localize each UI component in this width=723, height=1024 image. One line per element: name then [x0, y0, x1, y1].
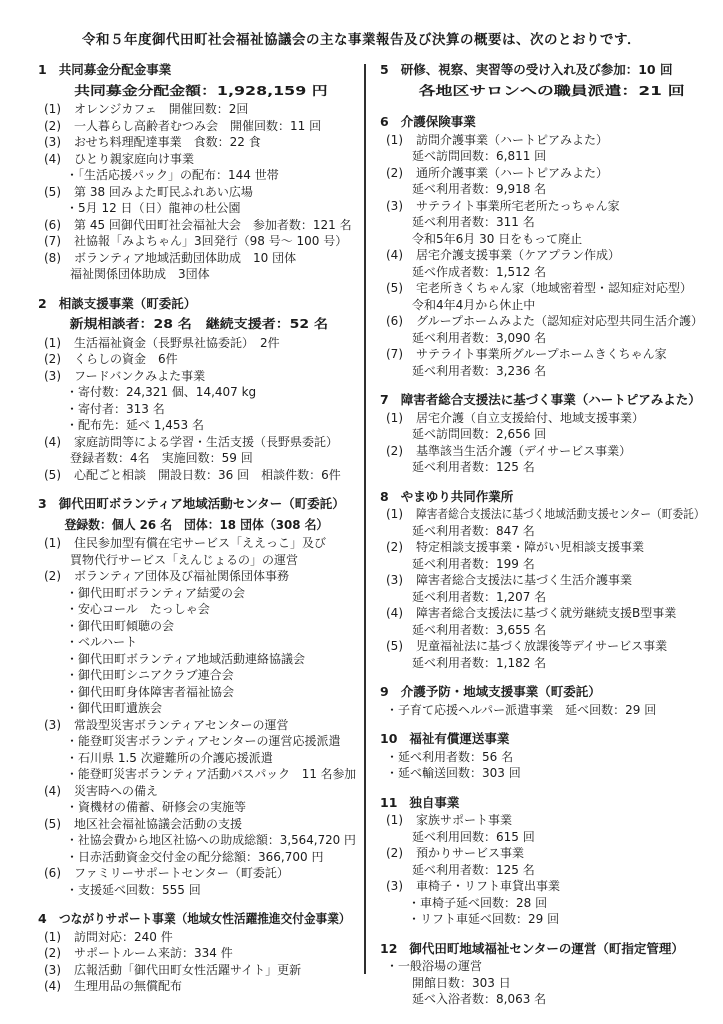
item-line-text: 障害者総合支援法に基づく就労継続支援B型事業 [416, 605, 676, 622]
section-6: 6介護保険事業(1)訪問介護事業（ハートピアみよた）延べ訪問回数：6,811 回… [378, 114, 707, 379]
item-line-text: 預かりサービス事業 [416, 845, 524, 862]
item-line-text: 災害時への備え [74, 783, 158, 800]
item-marker: (5) [44, 816, 61, 833]
section-5: 5研修、視察、実習等の受け入れ及び参加：10 回各地区サロンへの職員派遣：21 … [378, 62, 707, 101]
section-subtitle: 登録数：個人 26 名 団体：18 団体（308 名） [36, 517, 328, 534]
item-line: 通所介護事業（ハートピアみよた） [378, 165, 707, 182]
item-line-text: ・配布先：延べ 1,453 名 [66, 417, 204, 434]
item-line-text: ・延べ利用者数：56 名 [386, 749, 513, 766]
item-line-text: ・5月 12 日（日）龍神の杜公園 [66, 200, 241, 217]
item-line: 登録者数：4名 実施回数：59 回 [36, 450, 358, 467]
item-line-text: フードバンクみよた事業 [74, 368, 205, 385]
item-line: ・御代田町シニアクラブ連合会 [36, 667, 358, 684]
list-item: (2)ボランティア団体及び福祉関係団体事務・御代田町ボランティア結愛の会・安心コ… [36, 568, 358, 717]
section-heading: 8やまゆり共同作業所 [378, 489, 707, 506]
item-line: くらしの資金 6件 [36, 351, 358, 368]
item-line-text: 延べ訪問回数：2,656 回 [412, 426, 546, 443]
column-divider [364, 64, 366, 974]
list-item: (2)サポートルーム来訪：334 件 [36, 945, 358, 962]
section-title: 御代田町地域福祉センターの運営（町指定管理） [409, 941, 684, 958]
item-marker: (6) [44, 217, 61, 234]
item-line-text: 延べ利用者数：3,090 名 [412, 330, 546, 347]
item-marker: (1) [44, 335, 61, 352]
item-line: 居宅介護（自立支援給付、地域支援事業） [378, 410, 707, 427]
item-line: フードバンクみよた事業 [36, 368, 358, 385]
list-item: (2)預かりサービス事業延べ利用者数：125 名 [378, 845, 707, 878]
item-marker: (3) [386, 878, 403, 895]
item-marker: (5) [44, 184, 61, 201]
item-line-text: 令和5年6月 30 日をもって廃止 [412, 231, 582, 248]
item-line: ・寄付者：313 名 [36, 401, 358, 418]
item-line-text: 宅老所きくちゃん家（地域密着型・認知症対応型） [416, 280, 692, 297]
item-marker: (3) [44, 717, 61, 734]
document-title: 令和５年度御代田町社会福祉協議会の主な事業報告及び決算の概要は、次のとおりです． [0, 0, 723, 48]
item-line-text: ボランティア地域活動団体助成 10 団体 [74, 250, 296, 267]
item-line: 買物代行サービス「えんじょるの」の運営 [36, 552, 358, 569]
item-line-text: ・能登町災害ボランティア活動バスパック 11 名参加 [66, 766, 356, 783]
section-7: 7障害者総合支援法に基づく事業（ハートピアみよた）(1)居宅介護（自立支援給付、… [378, 392, 707, 476]
item-line: 障害者総合支援法に基づく地域活動支援センター（町委託） [378, 506, 707, 523]
list-item: (5)宅老所きくちゃん家（地域密着型・認知症対応型）令和4年4月から休止中 [378, 280, 707, 313]
list-item: (1)訪問介護事業（ハートピアみよた）延べ訪問回数：6,811 回 [378, 132, 707, 165]
item-line-text: 開館日数：303 日 [412, 975, 511, 992]
section-3: 3御代田町ボランティア地域活動センター（町委託）登録数：個人 26 名 団体：1… [36, 496, 358, 898]
item-line: ・寄付数：24,321 個、14,407 kg [36, 384, 358, 401]
item-line-text: ・御代田町遺族会 [66, 700, 162, 717]
section-number: 8 [378, 489, 389, 506]
item-line-text: 延べ利用者数：9,918 名 [412, 181, 546, 198]
list-item: ・一般浴場の運営開館日数：303 日延べ入浴者数：8,063 名 [378, 958, 707, 1008]
item-line-text: 延べ利用者数：311 名 [412, 214, 535, 231]
item-line: おせち料理配達事業 食数：22 食 [36, 134, 358, 151]
list-item: (5)地区社会福祉協議会活動の支援・社協会費から地区社協への助成総額：3,564… [36, 816, 358, 866]
item-line-text: 特定相談支援事業・障がい児相談支援事業 [416, 539, 644, 556]
section-heading: 5研修、視察、実習等の受け入れ及び参加：10 回 [378, 62, 707, 79]
item-line-text: 社協報「みよちゃん」3回発行（98 号～ 100 号） [74, 233, 347, 250]
item-line: 居宅介護支援事業（ケアプラン作成） [378, 247, 707, 264]
item-line: 延べ訪問回数：6,811 回 [378, 148, 707, 165]
item-line: 訪問介護事業（ハートピアみよた） [378, 132, 707, 149]
item-line: ・御代田町遺族会 [36, 700, 358, 717]
section-number: 5 [378, 62, 389, 79]
item-line: 特定相談支援事業・障がい児相談支援事業 [378, 539, 707, 556]
section-heading: 4つながりサポート事業（地域女性活躍推進交付金事業） [36, 911, 358, 928]
item-line: ・日赤活動資金交付金の配分総額：366,700 円 [36, 849, 358, 866]
section-heading: 6介護保険事業 [378, 114, 707, 131]
list-item: (3)障害者総合支援法に基づく生活介護事業延べ利用者数：1,207 名 [378, 572, 707, 605]
list-item: (3)常設型災害ボランティアセンターの運営・能登町災害ボランティアセンターの運営… [36, 717, 358, 783]
item-line-text: 延べ利用者数：847 名 [412, 523, 535, 540]
item-line: 延べ作成者数：1,512 名 [378, 264, 707, 281]
section-heading: 1共同募金分配金事業 [36, 62, 358, 79]
item-marker: (6) [44, 865, 61, 882]
list-item: (2)一人暮らし高齢者むつみ会 開催回数：11 回 [36, 118, 358, 135]
item-line-text: おせち料理配達事業 食数：22 食 [74, 134, 261, 151]
item-line: 住民参加型有償在宅サービス「ええっこ」及び [36, 535, 358, 552]
section-1: 1共同募金分配金事業共同募金分配金額：1,928,159 円(1)オレンジカフェ… [36, 62, 358, 283]
item-marker: (5) [386, 280, 403, 297]
item-line-text: ・石川県 1.5 次避難所の介護応援派遣 [66, 750, 273, 767]
item-marker: (1) [386, 410, 403, 427]
item-line-text: ・日赤活動資金交付金の配分総額：366,700 円 [66, 849, 323, 866]
item-line: ・配布先：延べ 1,453 名 [36, 417, 358, 434]
section-title: 御代田町ボランティア地域活動センター（町委託） [59, 496, 345, 513]
item-line-text: サテライト事業所グループホームきくちゃん家 [416, 346, 667, 363]
item-line: 広報活動「御代田町女性活躍サイト」更新 [36, 962, 358, 979]
item-marker: (1) [44, 929, 61, 946]
section-number: 9 [378, 684, 389, 701]
item-marker: (1) [44, 101, 61, 118]
item-line-text: ・御代田町ボランティア地域活動連絡協議会 [66, 651, 305, 668]
item-line: 延べ利用者数：9,918 名 [378, 181, 707, 198]
section-heading: 11独自事業 [378, 795, 707, 812]
item-marker: (4) [386, 247, 403, 264]
section-title: 共同募金分配金事業 [59, 62, 172, 79]
item-line-text: 生活福祉資金（長野県社協委託） 2件 [74, 335, 280, 352]
list-item: (1)障害者総合支援法に基づく地域活動支援センター（町委託）延べ利用者数：847… [378, 506, 707, 539]
item-line: 基準該当生活介護（デイサービス事業） [378, 443, 707, 460]
item-line: サテライト事業所グループホームきくちゃん家 [378, 346, 707, 363]
item-line: 令和5年6月 30 日をもって廃止 [378, 231, 707, 248]
item-line-text: 通所介護事業（ハートピアみよた） [416, 165, 608, 182]
section-number: 10 [378, 731, 397, 748]
item-line: 訪問対応：240 件 [36, 929, 358, 946]
list-item: (6)グループホームみよた（認知症対応型共同生活介護）延べ利用者数：3,090 … [378, 313, 707, 346]
list-item: (4)災害時への備え・資機材の備蓄、研修会の実施等 [36, 783, 358, 816]
item-marker: (5) [386, 638, 403, 655]
item-line: 障害者総合支援法に基づく生活介護事業 [378, 572, 707, 589]
item-line-text: サポートルーム来訪：334 件 [74, 945, 233, 962]
section-subtitle: 各地区サロンへの職員派遣：21 回 [378, 83, 685, 100]
item-line: ・リフト車延べ回数：29 回 [378, 911, 707, 928]
item-line: ・ベルハート [36, 634, 358, 651]
item-line-text: ・一般浴場の運営 [386, 958, 482, 975]
item-line: 延べ利用者数：125 名 [378, 459, 707, 476]
item-marker: (2) [44, 118, 61, 135]
list-item: ・子育て応援ヘルパー派遣事業 延べ回数：29 回 [378, 702, 707, 719]
list-item: (4)障害者総合支援法に基づく就労継続支援B型事業延べ利用者数：3,655 名 [378, 605, 707, 638]
item-line-text: 延べ利用回数：615 回 [412, 829, 535, 846]
item-line: 福祉関係団体助成 3団体 [36, 266, 358, 283]
item-marker: (4) [44, 434, 61, 451]
item-line: 延べ利用者数：199 名 [378, 556, 707, 573]
item-line-text: ・社協会費から地区社協への助成総額：3,564,720 円 [66, 832, 356, 849]
item-line-text: 一人暮らし高齢者むつみ会 開催回数：11 回 [74, 118, 321, 135]
item-line: ・御代田町ボランティア地域活動連絡協議会 [36, 651, 358, 668]
section-title: 介護保険事業 [401, 114, 476, 131]
section-title: 介護予防・地域支援事業（町委託） [401, 684, 601, 701]
item-line: 生理用品の無償配布 [36, 978, 358, 995]
item-line: 延べ利用回数：615 回 [378, 829, 707, 846]
item-marker: (2) [44, 351, 61, 368]
list-item: (8)ボランティア地域活動団体助成 10 団体福祉関係団体助成 3団体 [36, 250, 358, 283]
list-item: (3)サテライト事業所宅老所たっちゃん家延べ利用者数：311 名令和5年6月 3… [378, 198, 707, 248]
item-line: ・石川県 1.5 次避難所の介護応援派遣 [36, 750, 358, 767]
section-heading: 3御代田町ボランティア地域活動センター（町委託） [36, 496, 358, 513]
list-item: (6)第 45 回御代田町社会福祉大会 参加者数：121 名 [36, 217, 358, 234]
item-line-text: 福祉関係団体助成 3団体 [70, 266, 210, 283]
item-line: ・御代田町身体障害者福祉協会 [36, 684, 358, 701]
list-item: (4)ひとり親家庭向け事業・「生活応援パック」の配布：144 世帯 [36, 151, 358, 184]
list-item: (3)フードバンクみよた事業・寄付数：24,321 個、14,407 kg・寄付… [36, 368, 358, 434]
item-line: ・能登町災害ボランティア活動バスパック 11 名参加 [36, 766, 358, 783]
section-title: 福祉有償運送事業 [409, 731, 509, 748]
item-line-text: 買物代行サービス「えんじょるの」の運営 [70, 552, 298, 569]
item-marker: (7) [386, 346, 403, 363]
item-line-text: 地区社会福祉協議会活動の支援 [74, 816, 242, 833]
item-marker: (1) [386, 132, 403, 149]
item-marker: (2) [386, 443, 403, 460]
section-4: 4つながりサポート事業（地域女性活躍推進交付金事業）(1)訪問対応：240 件(… [36, 911, 358, 995]
item-marker: (3) [386, 572, 403, 589]
item-line: 延べ利用者数：125 名 [378, 862, 707, 879]
item-line: 障害者総合支援法に基づく就労継続支援B型事業 [378, 605, 707, 622]
section-title: 障害者総合支援法に基づく事業（ハートピアみよた） [401, 392, 701, 409]
item-line: 延べ利用者数：311 名 [378, 214, 707, 231]
section-number: 2 [36, 296, 47, 313]
item-line-text: ・リフト車延べ回数：29 回 [408, 911, 559, 928]
item-line: 地区社会福祉協議会活動の支援 [36, 816, 358, 833]
item-marker: (3) [44, 134, 61, 151]
item-line-text: 広報活動「御代田町女性活躍サイト」更新 [74, 962, 301, 979]
item-line-text: 登録者数：4名 実施回数：59 回 [70, 450, 253, 467]
item-line: グループホームみよた（認知症対応型共同生活介護） [378, 313, 707, 330]
item-line: サテライト事業所宅老所たっちゃん家 [378, 198, 707, 215]
section-heading: 7障害者総合支援法に基づく事業（ハートピアみよた） [378, 392, 707, 409]
section-heading: 12御代田町地域福祉センターの運営（町指定管理） [378, 941, 707, 958]
item-line-text: ひとり親家庭向け事業 [74, 151, 194, 168]
item-line: ・支援延べ回数：555 回 [36, 882, 358, 899]
item-line-text: ・能登町災害ボランティアセンターの運営応援派遣 [66, 733, 340, 750]
list-item: ・延べ利用者数：56 名 [378, 749, 707, 766]
item-line-text: ・支援延べ回数：555 回 [66, 882, 201, 899]
list-item: (7)社協報「みよちゃん」3回発行（98 号～ 100 号） [36, 233, 358, 250]
item-line: 延べ入浴者数：8,063 名 [378, 991, 707, 1008]
item-line-text: 生理用品の無償配布 [74, 978, 182, 995]
item-line-text: サテライト事業所宅老所たっちゃん家 [416, 198, 620, 215]
list-item: (3)おせち料理配達事業 食数：22 食 [36, 134, 358, 151]
item-marker: (1) [44, 535, 61, 552]
item-line: 預かりサービス事業 [378, 845, 707, 862]
item-line-text: 第 45 回御代田町社会福祉大会 参加者数：121 名 [74, 217, 352, 234]
section-heading: 9介護予防・地域支援事業（町委託） [378, 684, 707, 701]
item-line: オレンジカフェ 開催回数：2回 [36, 101, 358, 118]
item-line-text: ・延べ輸送回数：303 回 [386, 765, 521, 782]
item-line-text: ・安心コール たっしゃ会 [66, 601, 210, 618]
item-line: ・車椅子延べ回数：28 回 [378, 895, 707, 912]
item-line-text: 延べ利用者数：199 名 [412, 556, 535, 573]
item-line-text: 基準該当生活介護（デイサービス事業） [416, 443, 631, 460]
section-number: 4 [36, 911, 47, 928]
item-line: 宅老所きくちゃん家（地域密着型・認知症対応型） [378, 280, 707, 297]
item-line: 社協報「みよちゃん」3回発行（98 号～ 100 号） [36, 233, 358, 250]
section-number: 3 [36, 496, 47, 513]
item-line: 災害時への備え [36, 783, 358, 800]
item-line-text: 訪問対応：240 件 [74, 929, 173, 946]
item-marker: (4) [44, 783, 61, 800]
item-line: ボランティア団体及び福祉関係団体事務 [36, 568, 358, 585]
item-line-text: 住民参加型有償在宅サービス「ええっこ」及び [74, 535, 326, 552]
list-item: (7)サテライト事業所グループホームきくちゃん家延べ利用者数：3,236 名 [378, 346, 707, 379]
item-line-text: 家族サポート事業 [416, 812, 512, 829]
section-title: 研修、視察、実習等の受け入れ及び参加：10 回 [401, 62, 673, 79]
item-line: サポートルーム来訪：334 件 [36, 945, 358, 962]
item-line: 延べ訪問回数：2,656 回 [378, 426, 707, 443]
item-line: ・社協会費から地区社協への助成総額：3,564,720 円 [36, 832, 358, 849]
item-line-text: ・資機材の備蓄、研修会の実施等 [66, 799, 246, 816]
item-marker: (2) [44, 568, 61, 585]
item-line-text: ・寄付数：24,321 個、14,407 kg [66, 384, 256, 401]
section-10: 10福祉有償運送事業・延べ利用者数：56 名・延べ輸送回数：303 回 [378, 731, 707, 782]
item-line-text: ・御代田町ボランティア結愛の会 [66, 585, 245, 602]
item-line-text: ファミリーサポートセンター（町委託） [74, 865, 289, 882]
item-line: 生活福祉資金（長野県社協委託） 2件 [36, 335, 358, 352]
list-item: (1)生活福祉資金（長野県社協委託） 2件 [36, 335, 358, 352]
list-item: (5)心配ごと相談 開設日数：36 回 相談件数：6件 [36, 467, 358, 484]
item-marker: (6) [386, 313, 403, 330]
list-item: (2)通所介護事業（ハートピアみよた）延べ利用者数：9,918 名 [378, 165, 707, 198]
section-8: 8やまゆり共同作業所(1)障害者総合支援法に基づく地域活動支援センター（町委託）… [378, 489, 707, 672]
list-item: (1)訪問対応：240 件 [36, 929, 358, 946]
item-line-text: 延べ訪問回数：6,811 回 [412, 148, 546, 165]
item-line-text: 延べ利用者数：3,655 名 [412, 622, 546, 639]
list-item: (4)家庭訪問等による学習・生活支援（長野県委託）登録者数：4名 実施回数：59… [36, 434, 358, 467]
list-item: (4)生理用品の無償配布 [36, 978, 358, 995]
item-line-text: ・「生活応援パック」の配布：144 世帯 [66, 167, 279, 184]
item-line: ・御代田町傾聴の会 [36, 618, 358, 635]
item-marker: (2) [386, 845, 403, 862]
section-heading: 10福祉有償運送事業 [378, 731, 707, 748]
section-number: 6 [378, 114, 389, 131]
item-line: ・延べ利用者数：56 名 [378, 749, 707, 766]
item-marker: (2) [386, 165, 403, 182]
left-column: 1共同募金分配金事業共同募金分配金額：1,928,159 円(1)オレンジカフェ… [36, 62, 358, 1008]
item-line: ・一般浴場の運営 [378, 958, 707, 975]
section-number: 1 [36, 62, 47, 79]
item-marker: (4) [44, 978, 61, 995]
section-title: 独自事業 [409, 795, 459, 812]
item-line-text: 令和4年4月から休止中 [412, 297, 535, 314]
section-title: 相談支援事業（町委託） [59, 296, 197, 313]
list-item: (5)児童福祉法に基づく放課後等デイサービス事業延べ利用者数：1,182 名 [378, 638, 707, 671]
item-line-text: オレンジカフェ 開催回数：2回 [74, 101, 248, 118]
item-line-text: 家庭訪問等による学習・生活支援（長野県委託） [74, 434, 338, 451]
list-item: (1)家族サポート事業延べ利用回数：615 回 [378, 812, 707, 845]
item-marker: (8) [44, 250, 61, 267]
list-item: (2)特定相談支援事業・障がい児相談支援事業延べ利用者数：199 名 [378, 539, 707, 572]
section-subtitle: 共同募金分配金額：1,928,159 円 [36, 83, 328, 100]
item-marker: (2) [44, 945, 61, 962]
item-line: 延べ利用者数：847 名 [378, 523, 707, 540]
item-line: ・御代田町ボランティア結愛の会 [36, 585, 358, 602]
item-line-text: 児童福祉法に基づく放課後等デイサービス事業 [416, 638, 667, 655]
item-line-text: 延べ作成者数：1,512 名 [412, 264, 546, 281]
list-item: (1)居宅介護（自立支援給付、地域支援事業）延べ訪問回数：2,656 回 [378, 410, 707, 443]
item-marker: (2) [386, 539, 403, 556]
item-line-text: 延べ利用者数：125 名 [412, 862, 535, 879]
item-line: ボランティア地域活動団体助成 10 団体 [36, 250, 358, 267]
item-line-text: 延べ利用者数：125 名 [412, 459, 535, 476]
section-11: 11独自事業(1)家族サポート事業延べ利用回数：615 回(2)預かりサービス事… [378, 795, 707, 928]
item-line: ・5月 12 日（日）龍神の杜公園 [36, 200, 358, 217]
item-line-text: 居宅介護（自立支援給付、地域支援事業） [416, 410, 644, 427]
section-9: 9介護予防・地域支援事業（町委託）・子育て応援ヘルパー派遣事業 延べ回数：29 … [378, 684, 707, 718]
two-column-layout: 1共同募金分配金事業共同募金分配金額：1,928,159 円(1)オレンジカフェ… [0, 48, 723, 1008]
item-line-text: 障害者総合支援法に基づく生活介護事業 [416, 572, 632, 589]
item-line: 家族サポート事業 [378, 812, 707, 829]
section-title: やまゆり共同作業所 [401, 489, 514, 506]
section-2: 2相談支援事業（町委託）新規相談者：28 名 継続支援者：52 名(1)生活福祉… [36, 296, 358, 484]
list-item: (1)オレンジカフェ 開催回数：2回 [36, 101, 358, 118]
list-item: ・延べ輸送回数：303 回 [378, 765, 707, 782]
item-line: 延べ利用者数：3,236 名 [378, 363, 707, 380]
item-line: ・安心コール たっしゃ会 [36, 601, 358, 618]
item-line-text: ・御代田町シニアクラブ連合会 [66, 667, 234, 684]
section-subtitle: 新規相談者：28 名 継続支援者：52 名 [36, 316, 328, 333]
item-marker: (7) [44, 233, 61, 250]
item-line: 児童福祉法に基づく放課後等デイサービス事業 [378, 638, 707, 655]
section-title: つながりサポート事業（地域女性活躍推進交付金事業） [59, 911, 351, 928]
list-item: (4)居宅介護支援事業（ケアプラン作成）延べ作成者数：1,512 名 [378, 247, 707, 280]
item-marker: (4) [44, 151, 61, 168]
item-line-text: ・ベルハート [66, 634, 137, 651]
list-item: (6)ファミリーサポートセンター（町委託）・支援延べ回数：555 回 [36, 865, 358, 898]
item-marker: (3) [44, 368, 61, 385]
item-line-text: 訪問介護事業（ハートピアみよた） [416, 132, 608, 149]
item-line-text: 車椅子・リフト車貸出事業 [416, 878, 560, 895]
item-line-text: 延べ利用者数：3,236 名 [412, 363, 546, 380]
item-line: 第 45 回御代田町社会福祉大会 参加者数：121 名 [36, 217, 358, 234]
section-12: 12御代田町地域福祉センターの運営（町指定管理）・一般浴場の運営開館日数：303… [378, 941, 707, 1008]
item-line: 延べ利用者数：3,090 名 [378, 330, 707, 347]
item-marker: (1) [386, 812, 403, 829]
item-line: ファミリーサポートセンター（町委託） [36, 865, 358, 882]
item-marker: (3) [386, 198, 403, 215]
list-item: (3)車椅子・リフト車貸出事業・車椅子延べ回数：28 回・リフト車延べ回数：29… [378, 878, 707, 928]
item-line-text: ・寄付者：313 名 [66, 401, 165, 418]
item-line: 心配ごと相談 開設日数：36 回 相談件数：6件 [36, 467, 358, 484]
item-line-text: 障害者総合支援法に基づく地域活動支援センター（町委託） [416, 506, 705, 523]
item-line-text: ・御代田町身体障害者福祉協会 [66, 684, 234, 701]
item-line-text: ・子育て応援ヘルパー派遣事業 延べ回数：29 回 [386, 702, 656, 719]
item-line-text: 常設型災害ボランティアセンターの運営 [74, 717, 288, 734]
list-item: (1)住民参加型有償在宅サービス「ええっこ」及び買物代行サービス「えんじょるの」… [36, 535, 358, 568]
item-line: 延べ利用者数：1,182 名 [378, 655, 707, 672]
list-item: (2)くらしの資金 6件 [36, 351, 358, 368]
item-line: 常設型災害ボランティアセンターの運営 [36, 717, 358, 734]
item-line-text: 延べ入浴者数：8,063 名 [412, 991, 546, 1008]
item-line-text: グループホームみよた（認知症対応型共同生活介護） [416, 313, 703, 330]
item-line-text: くらしの資金 6件 [74, 351, 178, 368]
right-column: 5研修、視察、実習等の受け入れ及び参加：10 回各地区サロンへの職員派遣：21 … [370, 62, 707, 1008]
item-marker: (5) [44, 467, 61, 484]
section-number: 12 [378, 941, 397, 958]
item-line-text: ・御代田町傾聴の会 [66, 618, 174, 635]
document-page: 令和５年度御代田町社会福祉協議会の主な事業報告及び決算の概要は、次のとおりです．… [0, 0, 723, 1024]
item-line-text: 心配ごと相談 開設日数：36 回 相談件数：6件 [74, 467, 341, 484]
item-line-text: 延べ利用者数：1,182 名 [412, 655, 546, 672]
item-line: 令和4年4月から休止中 [378, 297, 707, 314]
item-line: 開館日数：303 日 [378, 975, 707, 992]
item-line-text: 延べ利用者数：1,207 名 [412, 589, 546, 606]
section-heading: 2相談支援事業（町委託） [36, 296, 358, 313]
item-line-text: 居宅介護支援事業（ケアプラン作成） [416, 247, 620, 264]
item-line: 車椅子・リフト車貸出事業 [378, 878, 707, 895]
item-line-text: ・車椅子延べ回数：28 回 [408, 895, 547, 912]
list-item: (5)第 38 回みよた町民ふれあい広場・5月 12 日（日）龍神の杜公園 [36, 184, 358, 217]
section-number: 7 [378, 392, 389, 409]
item-line: 家庭訪問等による学習・生活支援（長野県委託） [36, 434, 358, 451]
